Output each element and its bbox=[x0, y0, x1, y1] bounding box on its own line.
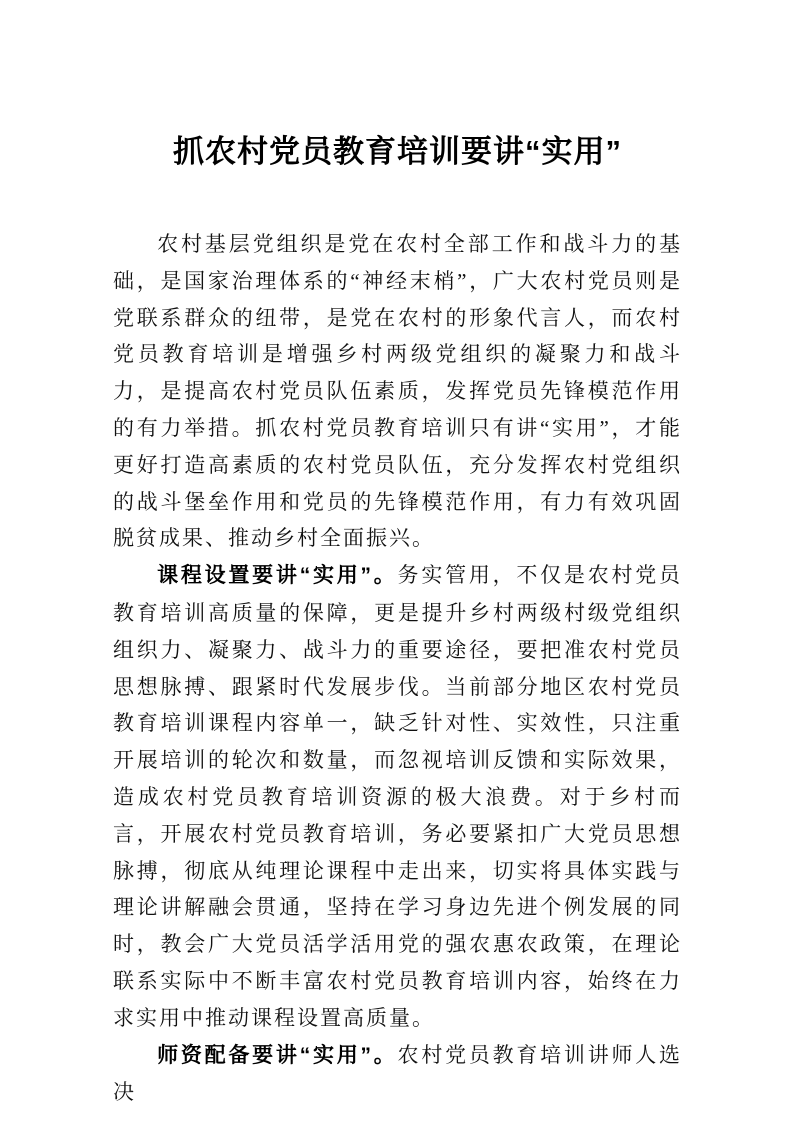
document-page: 抓农村党员教育培训要讲“实用” 农村基层党组织是党在农村全部工作和战斗力的基础，… bbox=[0, 0, 793, 1122]
paragraph-lead: 师资配备要讲“实用”。 bbox=[157, 1044, 397, 1067]
paragraph-lead: 课程设置要讲“实用”。 bbox=[157, 564, 397, 587]
paragraph-course-setup: 课程设置要讲“实用”。务实管用，不仅是农村党员教育培训高质量的保障，更是提升乡村… bbox=[113, 557, 682, 1036]
paragraph-intro: 农村基层党组织是党在农村全部工作和战斗力的基础，是国家治理体系的“神经末梢”，广… bbox=[113, 226, 682, 557]
document-title: 抓农村党员教育培训要讲“实用” bbox=[113, 130, 682, 174]
paragraph-text: 务实管用，不仅是农村党员教育培训高质量的保障，更是提升乡村两级村级党组织组织力、… bbox=[113, 563, 682, 1030]
paragraph-teacher-staffing: 师资配备要讲“实用”。农村党员教育培训讲师人选决 bbox=[113, 1037, 682, 1112]
paragraph-text: 农村基层党组织是党在农村全部工作和战斗力的基础，是国家治理体系的“神经末梢”，广… bbox=[113, 232, 682, 550]
document-body: 农村基层党组织是党在农村全部工作和战斗力的基础，是国家治理体系的“神经末梢”，广… bbox=[113, 226, 682, 1111]
